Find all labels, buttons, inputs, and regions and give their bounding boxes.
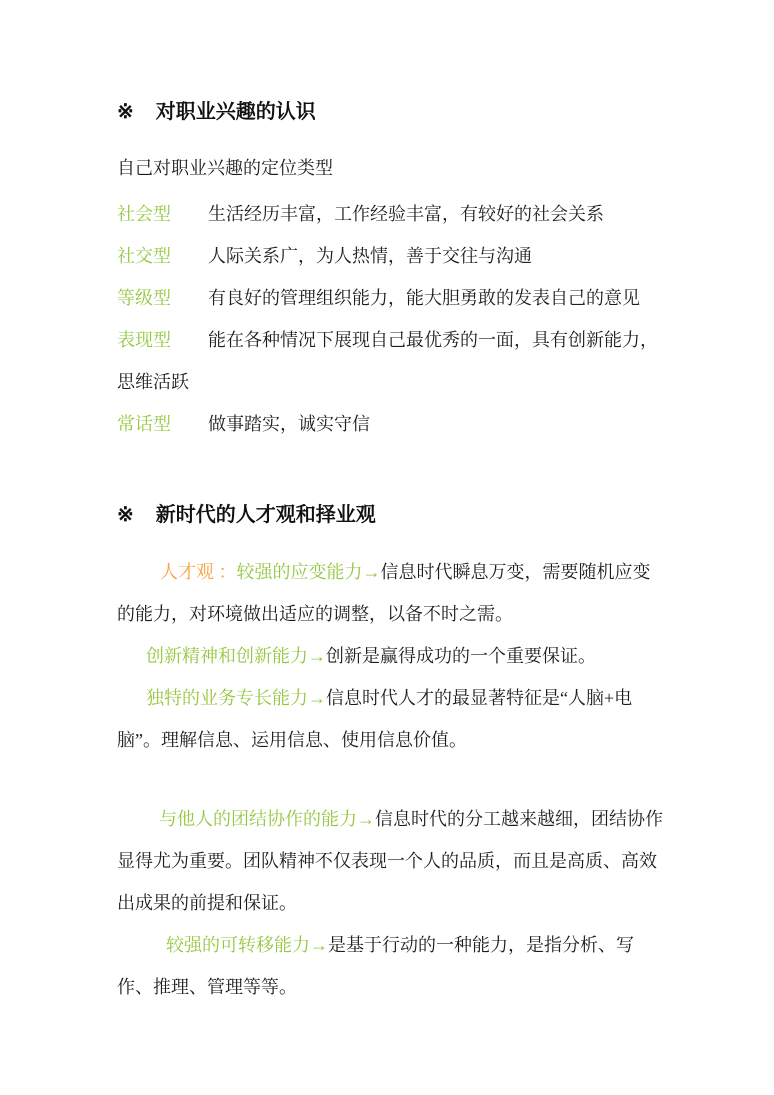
type-desc: 生活经历丰富，工作经验丰富，有较好的社会关系	[208, 204, 604, 224]
reference-mark-icon: ※	[117, 91, 134, 133]
text-segment: 与他人的团结协作的能力→	[159, 809, 375, 829]
text-segment: 人才观 ：	[160, 562, 237, 582]
text-segment: 创新是赢得成功的一个重要保证。	[326, 646, 596, 666]
section2-heading: ※新时代的人才观和择业观	[117, 494, 664, 536]
paragraph-list: 人才观 ：较强的应变能力→信息时代瞬息万变，需要随机应变的能力，对环境做出适应的…	[117, 551, 664, 1008]
document-page: ※对职业兴趣的认识 自己对职业兴趣的定位类型 社会型生活经历丰富，工作经验丰富，…	[0, 0, 774, 1095]
text-segment: 较强的应变能力→	[237, 562, 381, 582]
type-row: 社会型生活经历丰富，工作经验丰富，有较好的社会关系	[117, 193, 664, 235]
document-content: ※对职业兴趣的认识 自己对职业兴趣的定位类型 社会型生活经历丰富，工作经验丰富，…	[0, 0, 774, 1008]
type-label: 等级型	[117, 288, 171, 308]
reference-mark-icon: ※	[117, 494, 134, 536]
type-list: 社会型生活经历丰富，工作经验丰富，有较好的社会关系社交型人际关系广，为人热情，善…	[117, 193, 664, 445]
section2-title: 新时代的人才观和择业观	[156, 504, 376, 526]
paragraph: 较强的可转移能力→是基于行动的一种能力，是指分析、写作、推理、管理等等。	[117, 924, 664, 1008]
type-label: 表现型	[117, 330, 171, 350]
paragraph: 人才观 ：较强的应变能力→信息时代瞬息万变，需要随机应变的能力，对环境做出适应的…	[117, 551, 664, 635]
paragraph: 创新精神和创新能力→创新是赢得成功的一个重要保证。	[117, 635, 664, 677]
type-row: 表现型能在各种情况下展现自己最优秀的一面，具有创新能力，思维活跃	[117, 319, 664, 403]
type-label: 社会型	[117, 204, 171, 224]
type-row: 社交型人际关系广，为人热情，善于交往与沟通	[117, 235, 664, 277]
type-label: 社交型	[117, 246, 171, 266]
paragraph: 独特的业务专长能力→信息时代人才的最显著特征是“人脑+电脑”。理解信息、运用信息…	[117, 677, 664, 761]
type-desc: 做事踏实，诚实守信	[208, 414, 370, 434]
type-row: 常话型做事踏实，诚实守信	[117, 403, 664, 445]
type-desc: 人际关系广，为人热情，善于交往与沟通	[208, 246, 532, 266]
text-segment: 独特的业务专长能力→	[146, 688, 326, 708]
paragraph: 与他人的团结协作的能力→信息时代的分工越来越细，团结协作显得尤为重要。团队精神不…	[117, 798, 664, 924]
text-segment: 创新精神和创新能力→	[146, 646, 326, 666]
section1-heading: ※对职业兴趣的认识	[117, 91, 664, 133]
text-segment: 较强的可转移能力→	[166, 935, 328, 955]
type-row: 等级型有良好的管理组织能力，能大胆勇敢的发表自己的意见	[117, 277, 664, 319]
section1-title: 对职业兴趣的认识	[156, 101, 316, 123]
type-desc: 能在各种情况下展现自己最优秀的一面，具有创新能力，思维活跃	[117, 330, 658, 392]
type-label: 常话型	[117, 414, 171, 434]
section1-intro: 自己对职业兴趣的定位类型	[117, 147, 664, 189]
type-desc: 有良好的管理组织能力，能大胆勇敢的发表自己的意见	[208, 288, 640, 308]
